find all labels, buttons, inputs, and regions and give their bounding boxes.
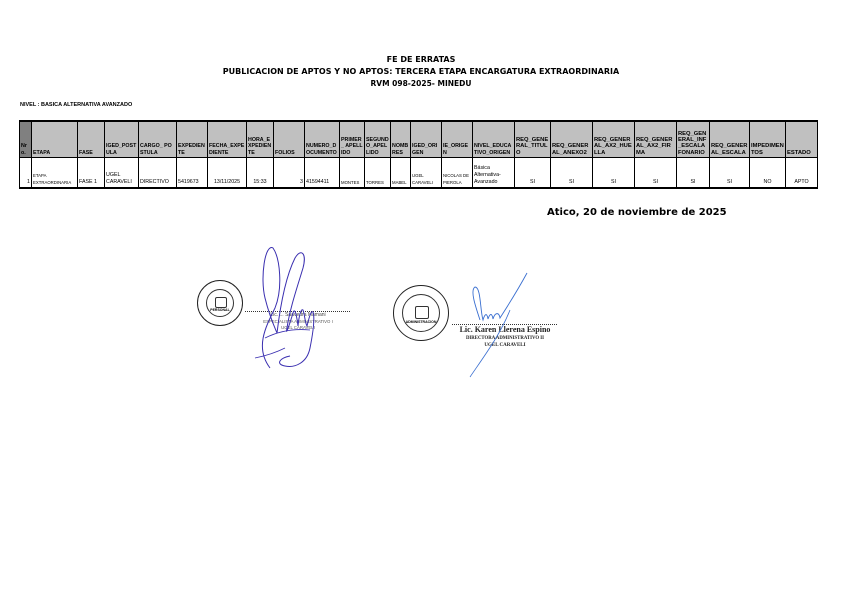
column-header: REQ_GENERAL_ANEXO2 (551, 121, 593, 158)
table-cell: 5419673 (177, 158, 208, 189)
column-header: FOLIOS (274, 121, 305, 158)
table-header-row: Nro.ETAPAFASEIGED_POSTULACARGO_ POSTULAE… (20, 121, 818, 158)
column-header: FECHA_EXPEDIENTE (208, 121, 247, 158)
column-header: REQ_GENERAL_AX2_HUELLA (593, 121, 635, 158)
table-cell: 41594411 (305, 158, 340, 189)
table-cell: 15:33 (247, 158, 274, 189)
table-cell: FASE 1 (78, 158, 105, 189)
column-header: NOMBRES (391, 121, 411, 158)
table-cell: MABEL (391, 158, 411, 189)
table-cell: ETAPA EXTRAORDINARIA (32, 158, 78, 189)
table-cell: SI (635, 158, 677, 189)
table-cell: NICOLAS DE PIEROLA (442, 158, 473, 189)
table-cell: NO (750, 158, 786, 189)
errata-title: FE DE ERRATAS (0, 55, 842, 64)
column-header: SEGUNDO_APELLIDO (365, 121, 391, 158)
table-cell: SI (677, 158, 710, 189)
column-header: ETAPA (32, 121, 78, 158)
column-header: REQ_GENERAL_ESCALA (710, 121, 750, 158)
column-header: REQ_GENERAL_INF_ESCALAFONARIO (677, 121, 710, 158)
table-cell: SI (710, 158, 750, 189)
table-cell: APTO (786, 158, 818, 189)
table-cell: UGEL CARAVELI (105, 158, 139, 189)
signature-block-2: ADMINISTRACION Lic. Karen Llerena Espino… (390, 265, 565, 380)
table-cell: MONTES (340, 158, 365, 189)
table-cell: 13/11/2025 (208, 158, 247, 189)
column-header: FASE (78, 121, 105, 158)
official-stamp-icon: ADMINISTRACION (393, 285, 449, 341)
column-header: REQ_GENERAL_AX2_FIRMA (635, 121, 677, 158)
level-label: NIVEL : BASICA ALTERNATIVA AVANZADO (20, 102, 132, 108)
table-cell: 1 (20, 158, 32, 189)
table-cell: DIRECTIVO (139, 158, 177, 189)
table-cell: TORRES (365, 158, 391, 189)
table-cell: UGEL CARAVELI (411, 158, 442, 189)
table-row: 1ETAPA EXTRAORDINARIAFASE 1UGEL CARAVELI… (20, 158, 818, 189)
column-header: Nro. (20, 121, 32, 158)
publication-title: PUBLICACION DE APTOS Y NO APTOS: TERCERA… (0, 67, 842, 76)
table-cell: SI (593, 158, 635, 189)
handwritten-signature-2-icon (455, 265, 545, 380)
resolution-reference: RVM 098-2025- MINEDU (0, 79, 842, 88)
column-header: ESTADO (786, 121, 818, 158)
results-table: Nro.ETAPAFASEIGED_POSTULACARGO_ POSTULAE… (19, 120, 818, 189)
column-header: NIVEL_EDUCATIVO_ORIGEN (473, 121, 515, 158)
column-header: IMPEDIMENTOS (750, 121, 786, 158)
table-cell: 3 (274, 158, 305, 189)
column-header: NUMERO_DOCUMENTO (305, 121, 340, 158)
table-cell: SI (551, 158, 593, 189)
signature-block-1: PERSONAL Lic. ... Saavedra Mamani ESPECI… (195, 238, 365, 378)
date-line: Atico, 20 de noviembre de 2025 (547, 207, 727, 218)
column-header: IGED_ORIGEN (411, 121, 442, 158)
column-header: EXPEDIENTE (177, 121, 208, 158)
table-cell: Básica Alternativa-Avanzado (473, 158, 515, 189)
handwritten-signature-1-icon (235, 238, 325, 378)
column-header: HORA_EXPEDIENTE (247, 121, 274, 158)
column-header: IGED_POSTULA (105, 121, 139, 158)
column-header: REQ_GENERAL_TITULO (515, 121, 551, 158)
column-header: IE_ORIGEN (442, 121, 473, 158)
column-header: PRIMER_ APELLIDO (340, 121, 365, 158)
table-cell: SI (515, 158, 551, 189)
column-header: CARGO_ POSTULA (139, 121, 177, 158)
